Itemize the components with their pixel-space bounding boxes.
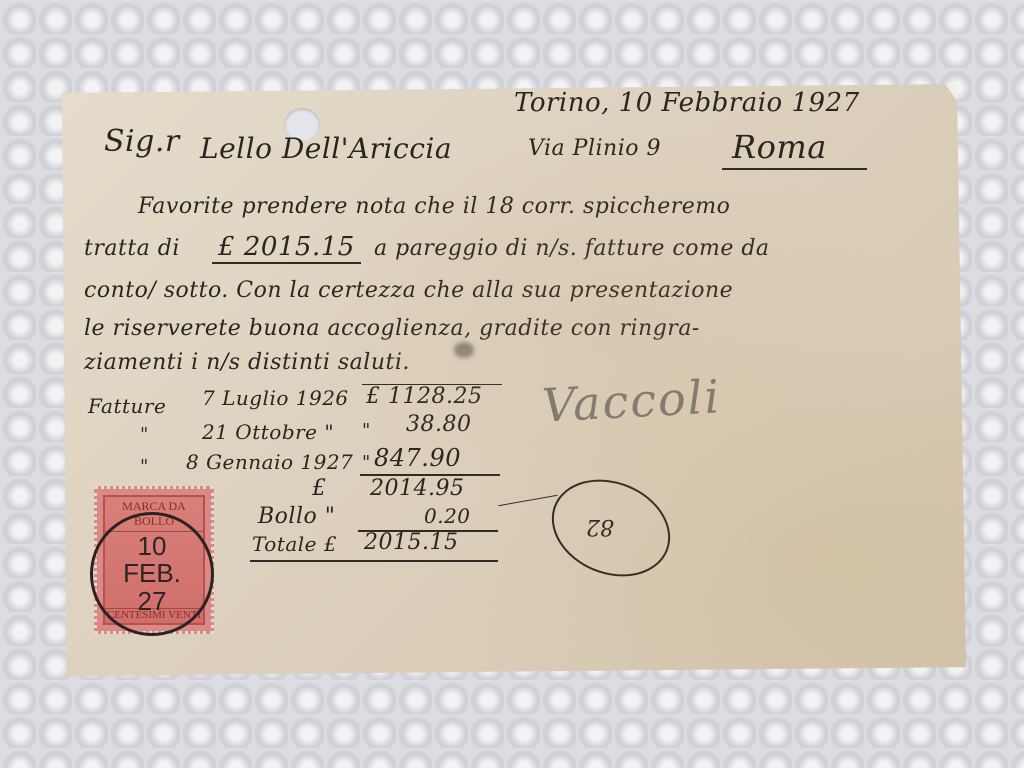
receipt-postcard: Torino, 10 Febbraio 1927 Sig.r Lello Del… [62,84,966,676]
invoice-row-1-prefix: Fatture [88,394,166,418]
connector-stroke [498,495,557,506]
divider [362,384,502,385]
addressee-street: Via Plinio 9 [528,136,661,161]
body-line-4: le riserverete buona accoglienza, gradit… [84,316,700,341]
postmark: 10 FEB. 27 [90,512,214,636]
invoice-row-2-currency: " [362,420,371,441]
bollo-label: Bollo " [258,504,335,529]
postmark-month: FEB. [123,560,181,587]
body-line-1: Favorite prendere nota che il 18 corr. s… [138,194,730,219]
invoice-row-1-currency: £ [366,384,381,409]
invoice-row-1-amount: 1128.25 [388,384,482,409]
bollo-amount: 0.20 [424,504,471,528]
invoice-row-3-date: 8 Gennaio 1927 [186,450,353,474]
invoice-row-3-prefix: " [140,456,149,477]
addressee-salutation: Sig.r [104,124,180,159]
signature: Vaccoli [541,369,723,432]
body-line-2b: a pareggio di n/s. fatture come da [374,236,770,261]
postmark-day: 10 [138,533,167,560]
ink-blot [454,342,474,358]
subtotal-amount: 2014.95 [370,476,464,501]
addressee-name: Lello Dell'Ariccia [200,132,452,165]
addressee-city: Roma [722,128,867,170]
oval-mark-number: 82 [586,514,614,539]
invoice-row-3-currency: " [362,452,371,473]
invoice-row-3-amount: 847.90 [374,444,461,472]
invoice-row-2-prefix: " [140,424,149,445]
invoice-row-1-date: 7 Luglio 1926 [202,386,349,410]
total-underline [250,560,498,562]
invoice-row-2-date: 21 Ottobre " [202,420,334,444]
body-line-5: ziamenti i n/s distinti saluti. [84,350,410,375]
amount-highlight: £ 2015.15 [212,232,361,264]
folded-corner [944,82,962,108]
total-label: Totale £ [252,532,337,556]
body-line-3: conto/ sotto. Con la certezza che alla s… [84,278,733,303]
total-amount: 2015.15 [364,530,458,555]
place-date: Torino, 10 Febbraio 1927 [514,88,860,118]
invoice-row-2-amount: 38.80 [406,412,471,437]
body-line-2a: tratta di [84,236,180,261]
subtotal-currency: £ [312,476,327,501]
postmark-year: 27 [138,588,167,615]
